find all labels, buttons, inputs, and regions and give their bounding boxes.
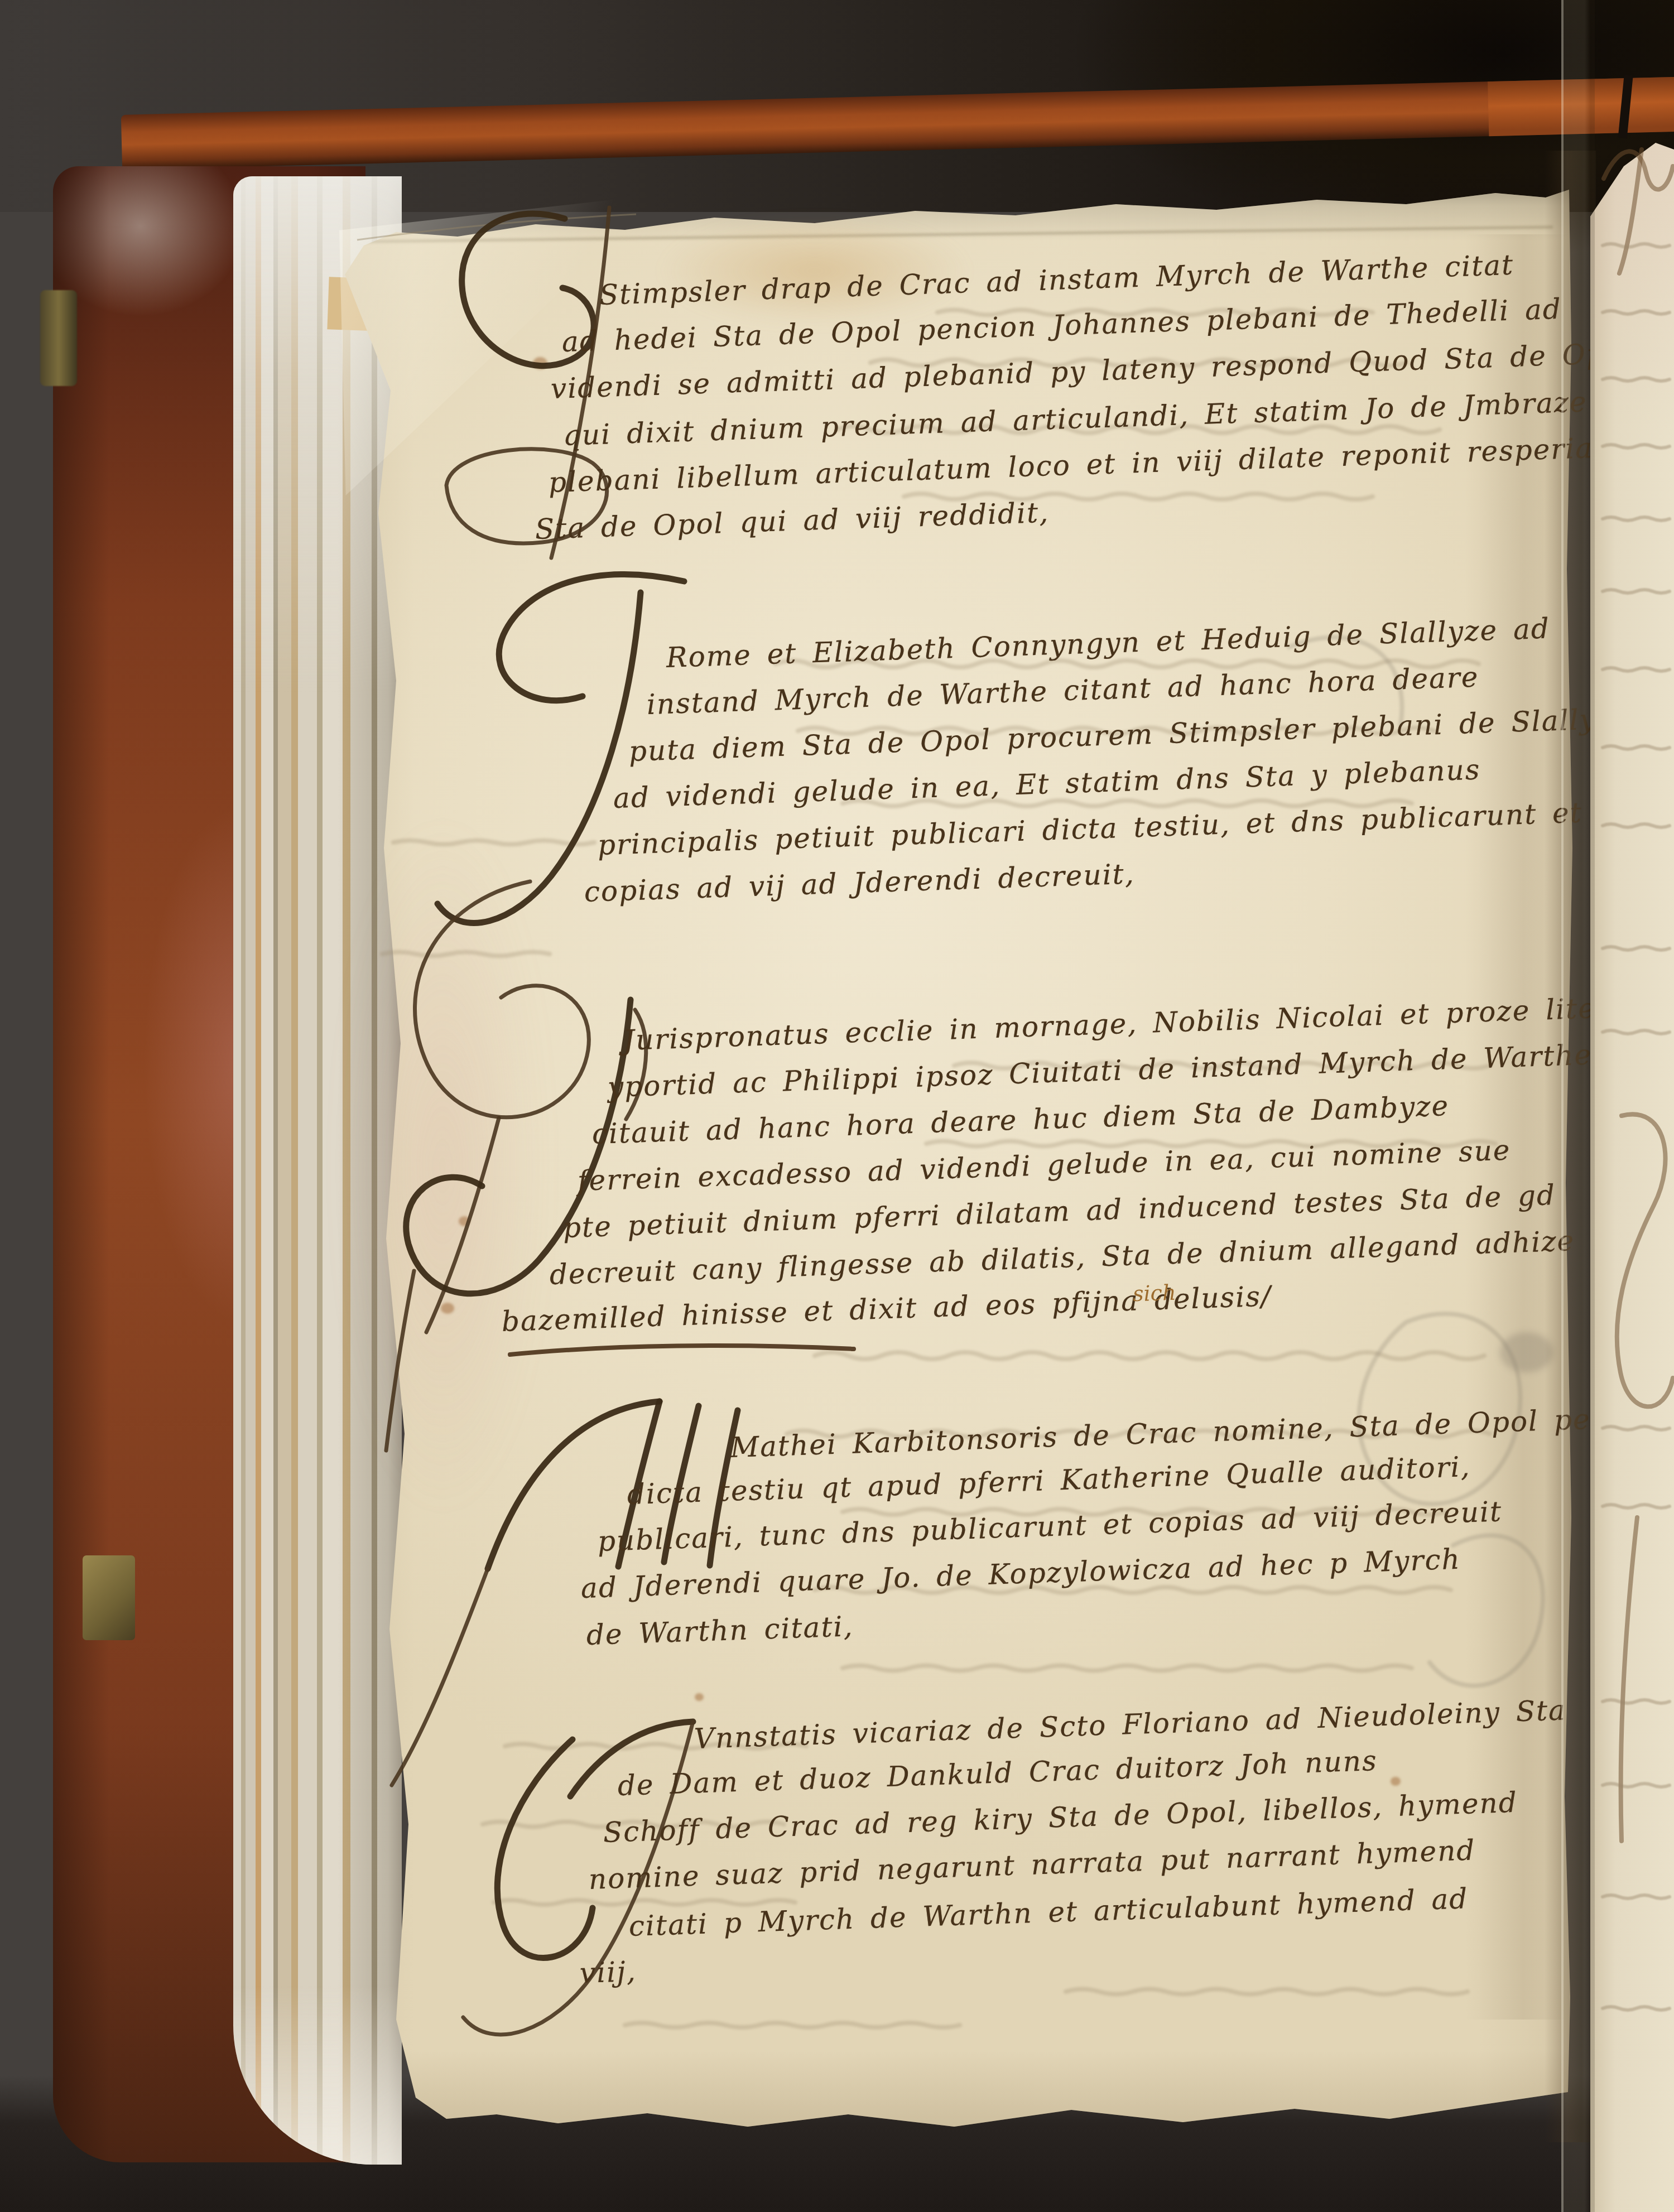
foxing-spot	[1391, 1777, 1401, 1786]
foxing-spot	[441, 1303, 454, 1314]
foxing-spot	[695, 1693, 704, 1701]
facing-page	[1590, 143, 1674, 2212]
manuscript-line: viij,	[579, 1955, 637, 1989]
brass-clasp-top	[40, 290, 77, 386]
stain	[345, 826, 540, 1506]
acrylic-strip-edge	[1561, 0, 1595, 2212]
foxing-spot	[533, 357, 547, 369]
photo-background: Stimpsler drap de Crac ad instam Myrch d…	[0, 0, 1674, 2212]
interlinear-addition: sich	[1132, 1280, 1176, 1307]
brass-clasp-bottom	[83, 1555, 135, 1640]
foxing-spot	[459, 1216, 470, 1226]
